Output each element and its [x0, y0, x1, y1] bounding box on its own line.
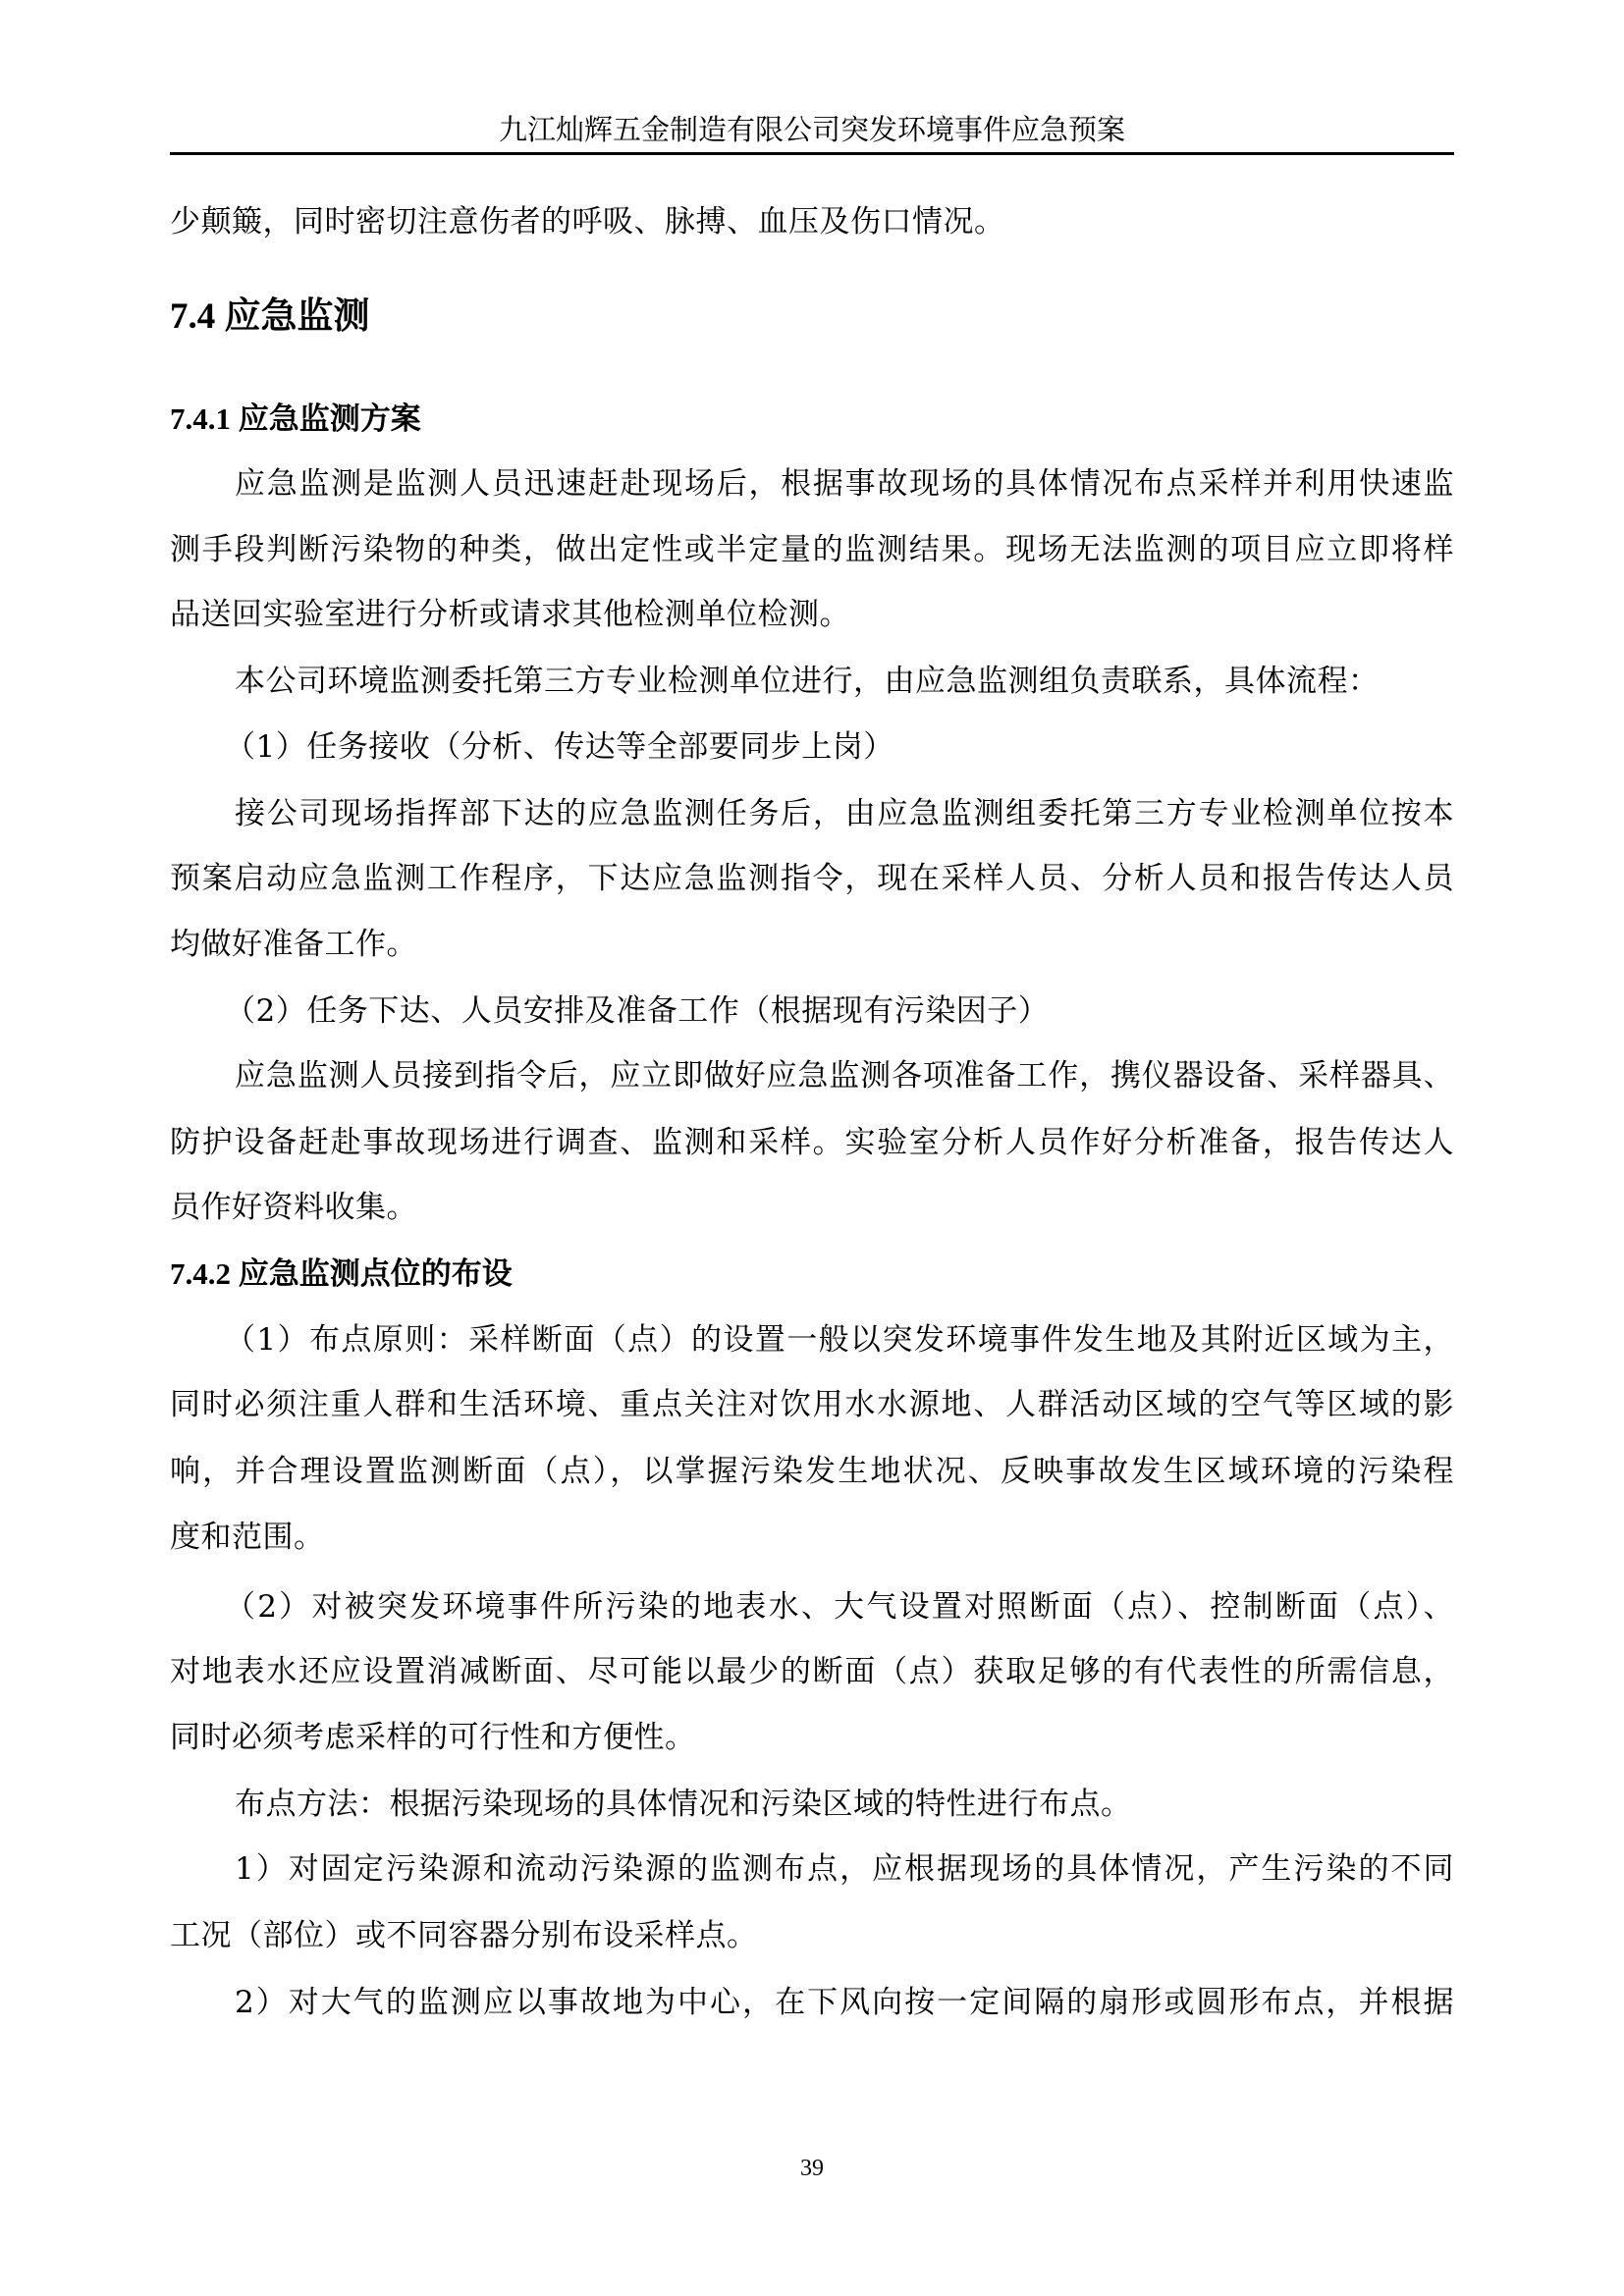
- paragraph-line: 员作好资料收集。: [170, 1186, 1454, 1229]
- paragraph-line: 接公司现场指挥部下达的应急监测任务后，由应急监测组委托第三方专业检测单位按本: [170, 792, 1454, 835]
- list-item-task-receive: （1）任务接收（分析、传达等全部要同步上岗）: [170, 725, 1454, 769]
- paragraph-line: （2）对被突发环境事件所污染的地表水、大气设置对照断面（点）、控制断面（点）、: [170, 1585, 1454, 1629]
- page-number: 39: [0, 2156, 1624, 2182]
- paragraph-line: 本公司环境监测委托第三方专业检测单位进行，由应急监测组负责联系，具体流程：: [170, 660, 1454, 703]
- paragraph-line: 工况（部位）或不同容器分别布设采样点。: [170, 1914, 1454, 1957]
- list-item-task-assign: （2）任务下达、人员安排及准备工作（根据现有污染因子）: [170, 989, 1454, 1033]
- paragraph-line: 对地表水还应设置消减断面、尽可能以最少的断面（点）获取足够的有代表性的所需信息，: [170, 1650, 1454, 1693]
- paragraph-line: 少颠簸，同时密切注意伤者的呼吸、脉搏、血压及伤口情况。: [170, 200, 1454, 243]
- paragraph-line: 测手段判断污染物的种类，做出定性或半定量的监测结果。现场无法监测的项目应立即将样: [170, 528, 1454, 571]
- paragraph-line: 品送回实验室进行分析或请求其他检测单位检测。: [170, 593, 1454, 636]
- list-item-air-monitoring: 2）对大气的监测应以事故地为中心，在下风向按一定间隔的扇形或圆形布点，并根据: [170, 1981, 1454, 2024]
- paragraph-line: （1）布点原则：采样断面（点）的设置一般以突发环境事件发生地及其附近区域为主，: [170, 1318, 1454, 1362]
- paragraph-line: 预案启动应急监测工作程序，下达应急监测指令，现在采样人员、分析人员和报告传达人员: [170, 857, 1454, 900]
- paragraph-line: 同时必须考虑采样的可行性和方便性。: [170, 1716, 1454, 1759]
- list-item-fixed-source: 1）对固定污染源和流动污染源的监测布点，应根据现场的具体情况，产生污染的不同: [170, 1847, 1454, 1891]
- paragraph-line: 应急监测是监测人员迅速赶赴现场后，根据事故现场的具体情况布点采样并利用快速监: [170, 462, 1454, 506]
- paragraph-line: 布点方法：根据污染现场的具体情况和污染区域的特性进行布点。: [170, 1783, 1454, 1826]
- paragraph-line: 应急监测人员接到指令后，应立即做好应急监测各项准备工作，携仪器设备、采样器具、: [170, 1054, 1454, 1097]
- paragraph-line: 响，并合理设置监测断面（点），以掌握污染发生地状况、反映事故发生区域环境的污染程: [170, 1450, 1454, 1493]
- paragraph-line: 度和范围。: [170, 1516, 1454, 1559]
- section-heading-7-4: 7.4 应急监测: [170, 294, 370, 341]
- header-divider: [170, 152, 1454, 155]
- subsection-heading-7-4-2: 7.4.2 应急监测点位的布设: [170, 1253, 513, 1296]
- paragraph-line: 防护设备赶赴事故现场进行调查、监测和采样。实验室分析人员作好分析准备，报告传达人: [170, 1121, 1454, 1164]
- paragraph-line: 均做好准备工作。: [170, 923, 1454, 966]
- document-title: 九江灿辉五金制造有限公司突发环境事件应急预案: [170, 110, 1454, 149]
- subsection-heading-7-4-1: 7.4.1 应急监测方案: [170, 398, 421, 441]
- paragraph-line: 同时必须注重人群和生活环境、重点关注对饮用水水源地、人群活动区域的空气等区域的影: [170, 1383, 1454, 1426]
